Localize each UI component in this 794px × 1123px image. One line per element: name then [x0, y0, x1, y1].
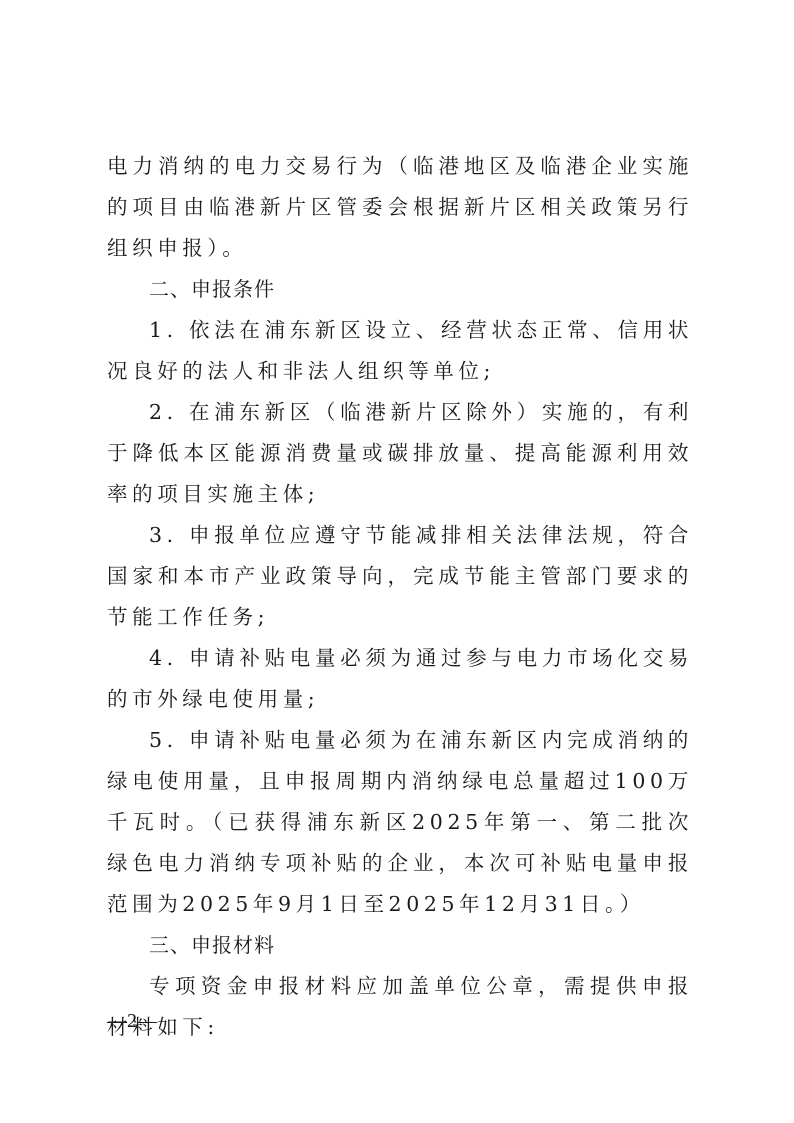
continuation-paragraph: 电力消纳的电力交易行为（临港地区及临港企业实施的项目由临港新片区管委会根据新片区…: [107, 146, 693, 269]
document-page: 电力消纳的电力交易行为（临港地区及临港企业实施的项目由临港新片区管委会根据新片区…: [107, 146, 693, 1048]
condition-item-3: 3. 申报单位应遵守节能减排相关法律法规，符合国家和本市产业政策导向，完成节能主…: [107, 515, 693, 638]
condition-item-5: 5. 申请补贴电量必须为在浦东新区内完成消纳的绿电使用量，且申报周期内消纳绿电总…: [107, 720, 693, 925]
condition-item-2: 2. 在浦东新区（临港新片区除外）实施的，有利于降低本区能源消费量或碳排放量、提…: [107, 392, 693, 515]
page-number: —2—: [107, 1010, 157, 1033]
section-heading-application-materials: 三、申报材料: [107, 925, 693, 966]
condition-item-4: 4. 申请补贴电量必须为通过参与电力市场化交易的市外绿电使用量;: [107, 638, 693, 720]
materials-intro-paragraph: 专项资金申报材料应加盖单位公章，需提供申报材料如下:: [107, 966, 693, 1048]
section-heading-application-conditions: 二、申报条件: [107, 269, 693, 310]
condition-item-1: 1. 依法在浦东新区设立、经营状态正常、信用状况良好的法人和非法人组织等单位;: [107, 310, 693, 392]
